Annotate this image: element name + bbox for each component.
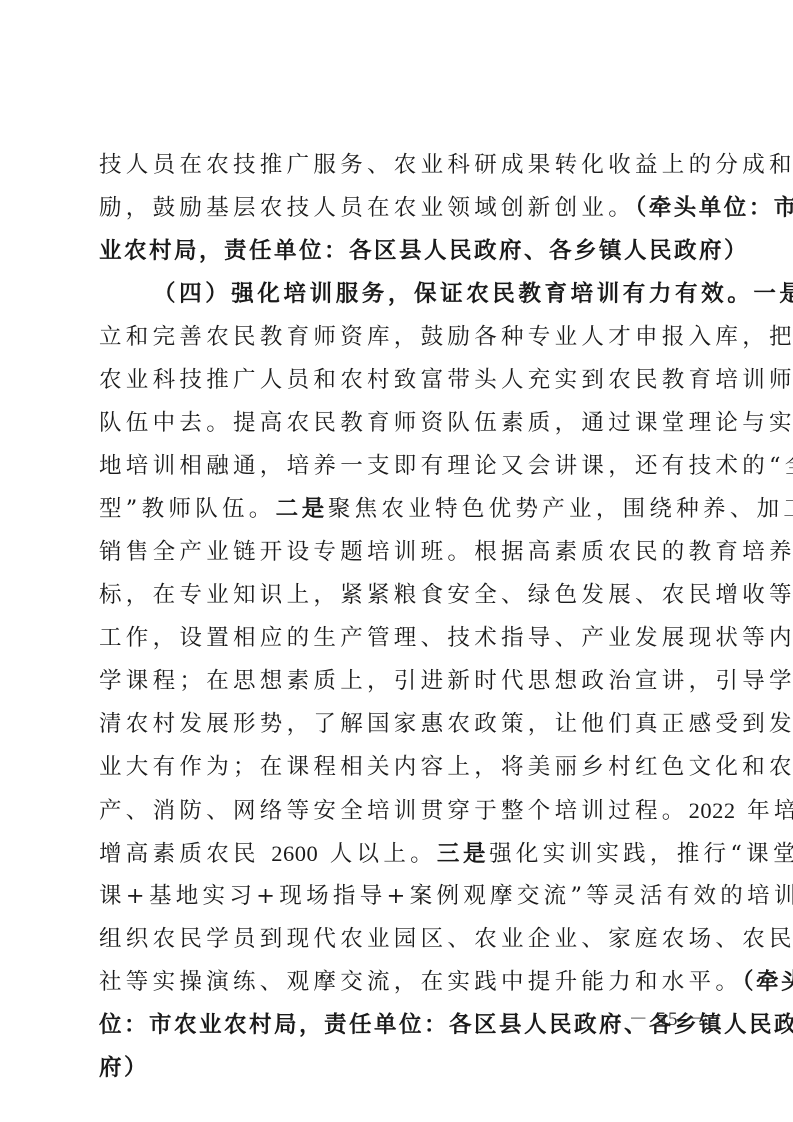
responsible-unit-note: 府） — [99, 1055, 149, 1081]
page-number: － 55 － — [628, 1004, 708, 1031]
target-count-value: 2600 — [271, 841, 318, 866]
text-line: 标，在专业知识上，紧紧粮食安全、绿色发展、农民增收等重点 — [99, 574, 695, 617]
paragraph-text: 年培育新 — [747, 798, 793, 824]
text-line: 励，鼓励基层农技人员在农业领域创新创业。（牵头单位：市农 — [99, 187, 695, 230]
paragraph-text: 聚焦农业特色优势产业，围绕种养、加工、 — [328, 496, 793, 522]
text-line: 产、消防、网络等安全培训贯穿于整个培训过程。2022 年培育新 — [99, 789, 695, 832]
responsible-unit-note: 业农村局，责任单位：各区县人民政府、各乡镇人民政府） — [99, 238, 749, 264]
paragraph-text: 农业科技推广人员和农村致富带头人充实到农民教育培训师资 — [99, 367, 793, 393]
paragraph-text: 励，鼓励基层农技人员在农业领域创新创业。 — [99, 195, 635, 221]
paragraph-text: 人以上。 — [330, 841, 437, 867]
text-line: 学课程；在思想素质上，引进新时代思想政治宣讲，引导学员认 — [99, 660, 695, 703]
paragraph-text: 标，在专业知识上，紧紧粮食安全、绿色发展、农民增收等重点 — [99, 582, 793, 608]
text-line: 立和完善农民教育师资库，鼓励各种专业人才申报入库，把一线 — [99, 316, 695, 359]
text-line: 型”教师队伍。二是聚焦农业特色优势产业，围绕种养、加工、 — [99, 488, 695, 531]
text-line: 农业科技推广人员和农村致富带头人充实到农民教育培训师资 — [99, 359, 695, 402]
paragraph-text: 增高素质农民 — [99, 841, 260, 867]
paragraph-text: 业大有作为；在课程相关内容上，将美丽乡村红色文化和农业生 — [99, 754, 793, 780]
year-value: 2022 — [689, 798, 736, 823]
point-marker-second: 二是 — [276, 496, 328, 522]
text-line: 工作，设置相应的生产管理、技术指导、产业发展现状等内容教 — [99, 617, 695, 660]
paragraph-text: 队伍中去。提高农民教育师资队伍素质，通过课堂理论与实训基 — [99, 410, 793, 436]
responsible-unit-note: （牵头单位：市农 — [635, 195, 793, 221]
paragraph-text: 工作，设置相应的生产管理、技术指导、产业发展现状等内容教 — [99, 625, 793, 651]
text-line: 地培训相融通，培养一支即有理论又会讲课，还有技术的“全能 — [99, 445, 695, 488]
paragraph-text: 强化实训实践，推行“课堂授 — [489, 841, 793, 867]
text-line: 业农村局，责任单位：各区县人民政府、各乡镇人民政府） — [99, 230, 695, 273]
text-line: 府） — [99, 1047, 695, 1090]
section-heading: （四）强化培训服务，保证农民教育培训有力有效。 — [153, 281, 753, 307]
paragraph-text: 社等实操演练、观摩交流，在实践中提升能力和水平。 — [99, 969, 742, 995]
body-text: 技人员在农技推广服务、农业科研成果转化收益上的分成和奖 励，鼓励基层农技人员在农… — [99, 144, 695, 1090]
point-marker-first: 一是 — [753, 281, 793, 307]
paragraph-text: 型”教师队伍。 — [99, 496, 276, 522]
text-line: 组织农民学员到现代农业园区、农业企业、家庭农场、农民合作 — [99, 918, 695, 961]
paragraph-text: 学课程；在思想素质上，引进新时代思想政治宣讲，引导学员认 — [99, 668, 793, 694]
paragraph-text: 课+基地实习+现场指导+案例观摩交流”等灵活有效的培训方式， — [99, 883, 793, 909]
text-line: 社等实操演练、观摩交流，在实践中提升能力和水平。（牵头单 — [99, 961, 695, 1004]
point-marker-third: 三是 — [437, 841, 489, 867]
paragraph-text: 地培训相融通，培养一支即有理论又会讲课，还有技术的“全能 — [99, 453, 793, 479]
text-line: 技人员在农技推广服务、农业科研成果转化收益上的分成和奖 — [99, 144, 695, 187]
text-line: （四）强化培训服务，保证农民教育培训有力有效。一是建 — [99, 273, 695, 316]
document-page: 技人员在农技推广服务、农业科研成果转化收益上的分成和奖 励，鼓励基层农技人员在农… — [0, 0, 793, 1122]
text-line: 销售全产业链开设专题培训班。根据高素质农民的教育培养目 — [99, 531, 695, 574]
paragraph-text: 产、消防、网络等安全培训贯穿于整个培训过程。 — [99, 798, 689, 824]
text-line: 业大有作为；在课程相关内容上，将美丽乡村红色文化和农业生 — [99, 746, 695, 789]
paragraph-text: 立和完善农民教育师资库，鼓励各种专业人才申报入库，把一线 — [99, 324, 793, 350]
text-line: 队伍中去。提高农民教育师资队伍素质，通过课堂理论与实训基 — [99, 402, 695, 445]
text-line: 清农村发展形势，了解国家惠农政策，让他们真正感受到发展农 — [99, 703, 695, 746]
text-line: 位：市农业农村局，责任单位：各区县人民政府、各乡镇人民政 — [99, 1004, 695, 1047]
paragraph-text: 组织农民学员到现代农业园区、农业企业、家庭农场、农民合作 — [99, 926, 793, 952]
paragraph-text: 销售全产业链开设专题培训班。根据高素质农民的教育培养目 — [99, 539, 793, 565]
paragraph-text: 技人员在农技推广服务、农业科研成果转化收益上的分成和奖 — [99, 152, 793, 178]
paragraph-text: 清农村发展形势，了解国家惠农政策，让他们真正感受到发展农 — [99, 711, 793, 737]
text-line: 课+基地实习+现场指导+案例观摩交流”等灵活有效的培训方式， — [99, 875, 695, 918]
responsible-unit-note: （牵头单 — [742, 969, 793, 995]
text-line: 增高素质农民 2600 人以上。三是强化实训实践，推行“课堂授 — [99, 832, 695, 875]
